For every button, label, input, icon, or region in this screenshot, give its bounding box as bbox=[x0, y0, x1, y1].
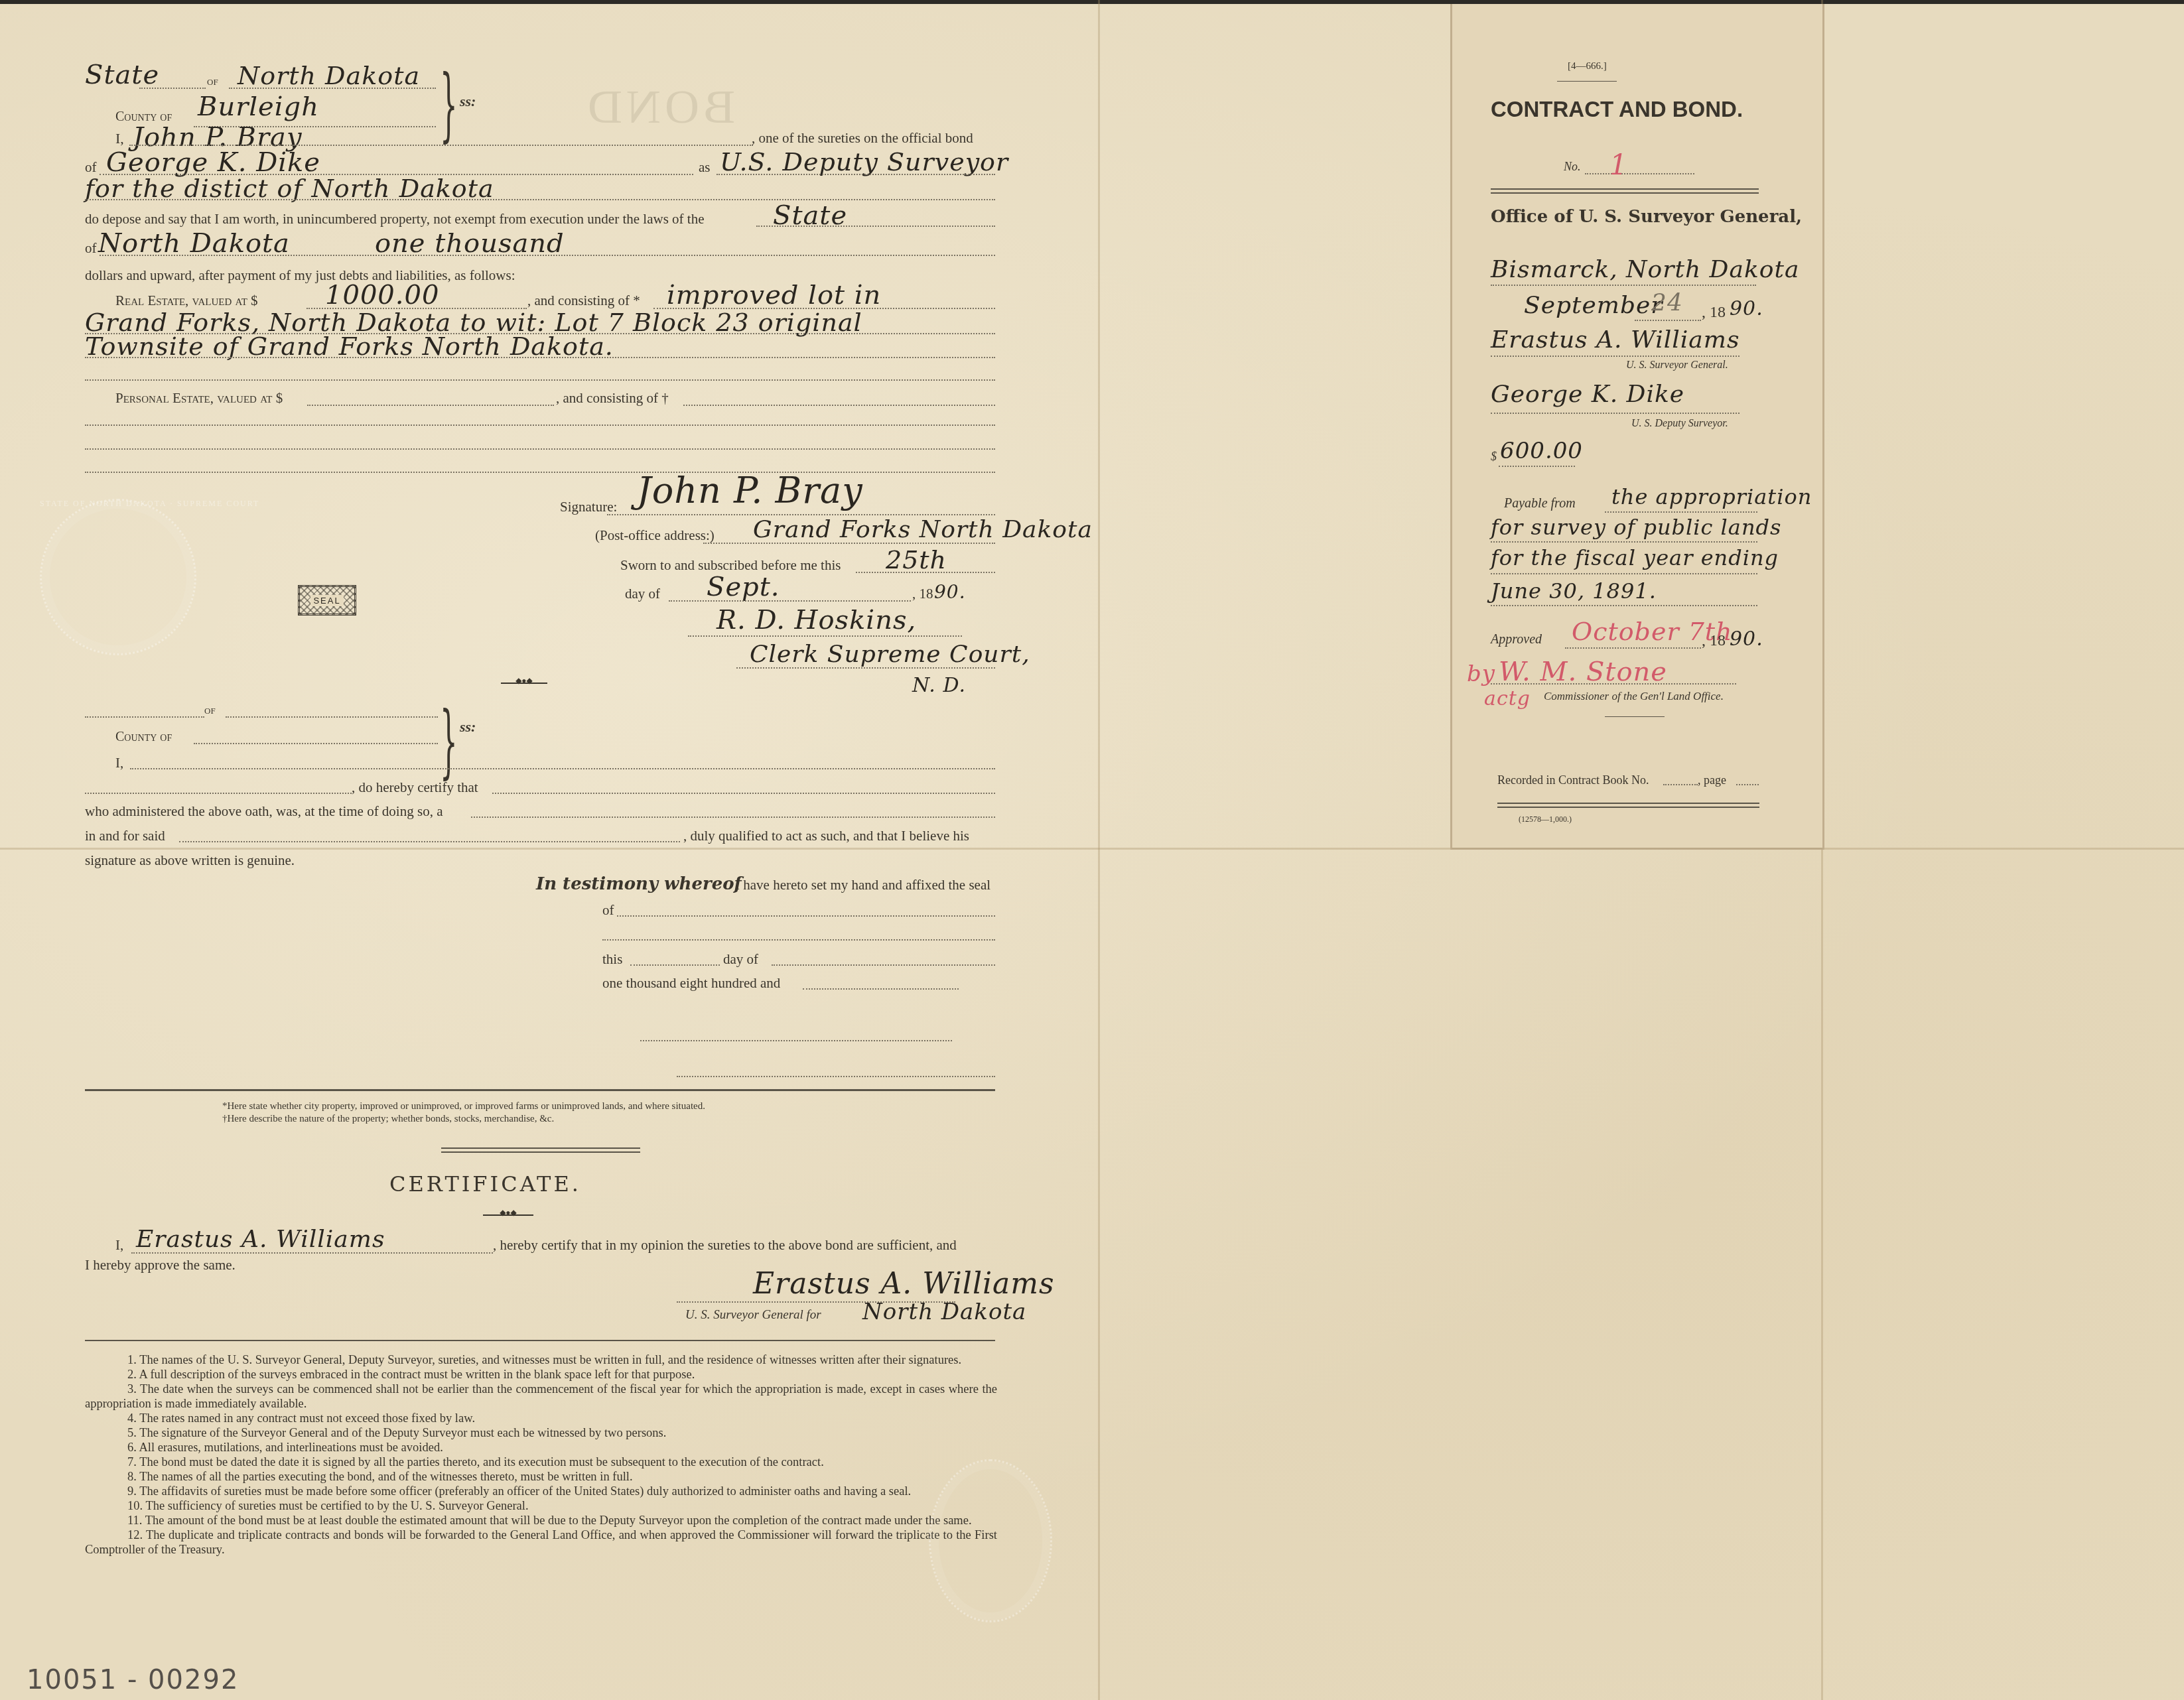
dotted-line bbox=[772, 964, 995, 966]
sworn-month: Sept. bbox=[707, 572, 780, 602]
day-of-label: day of bbox=[723, 951, 758, 968]
dotted-line bbox=[85, 199, 995, 200]
dotted-line bbox=[307, 405, 554, 406]
scan-edge bbox=[0, 0, 2184, 4]
contract-number: 1 bbox=[1609, 149, 1628, 181]
officer-name: R. D. Hoskins, bbox=[717, 605, 916, 635]
fold-line-horizontal bbox=[0, 848, 2184, 850]
state-name: North Dakota bbox=[238, 61, 420, 90]
certificate-title-state: North Dakota bbox=[862, 1299, 1026, 1325]
archive-number: 10051 - 00292 bbox=[27, 1665, 239, 1695]
dotted-line bbox=[669, 600, 911, 602]
payable-label: Payable from bbox=[1504, 496, 1576, 511]
dotted-line bbox=[85, 448, 995, 450]
contract-cover: [4—666.] CONTRACT AND BOND. No. 1 Office… bbox=[1450, 4, 1824, 850]
payable-line-1: the appropriation bbox=[1611, 484, 1812, 509]
instruction-item: 5. The signature of the Surveyor General… bbox=[85, 1426, 997, 1441]
dotted-line bbox=[756, 226, 995, 227]
dotted-line bbox=[1491, 413, 1740, 414]
dotted-line bbox=[1605, 511, 1757, 513]
section-rule bbox=[85, 1089, 995, 1091]
payable-line-3: for the fiscal year ending bbox=[1491, 545, 1779, 570]
embossed-seal-text: STATE OF NORTH DAKOTA · SUPREME COURT bbox=[40, 499, 259, 509]
surveyor-general-signature: Erastus A. Williams bbox=[753, 1267, 1055, 1301]
approved-year-suffix: 90. bbox=[1730, 627, 1763, 651]
dotted-line bbox=[1491, 573, 1757, 574]
surveyor-general-name: Erastus A. Williams bbox=[1491, 326, 1740, 354]
instruction-item: 10. The sufficiency of sureties must be … bbox=[85, 1499, 997, 1514]
cover-date-year-suffix: 90. bbox=[1730, 297, 1763, 320]
cover-title: CONTRACT AND BOND. bbox=[1491, 97, 1743, 122]
i-label: I, bbox=[115, 130, 124, 147]
depose-text: do depose and say that I am worth, in un… bbox=[85, 211, 704, 228]
testimony-text: I have hereto set my hand and affixed th… bbox=[735, 877, 990, 893]
double-rule bbox=[441, 1147, 640, 1153]
dotted-line bbox=[85, 357, 995, 358]
instruction-item: 11. The amount of the bond must be at le… bbox=[85, 1514, 997, 1528]
dotted-line bbox=[1499, 466, 1575, 467]
bleed-through-heading: BOND bbox=[584, 80, 735, 135]
county-name: Burleigh bbox=[198, 92, 319, 122]
officer-title: Clerk Supreme Court, bbox=[750, 641, 1030, 668]
real-estate-desc-1: improved lot in bbox=[667, 280, 881, 310]
dotted-line bbox=[617, 915, 995, 917]
recorded-page-label: , page bbox=[1698, 773, 1726, 787]
genuine-text: signature as above written is genuine. bbox=[85, 852, 295, 869]
this-label: this bbox=[602, 951, 622, 968]
dotted-line bbox=[703, 543, 995, 544]
cover-date-year-prefix: , 18 bbox=[1702, 304, 1726, 322]
as-label: as bbox=[699, 159, 711, 176]
dotted-line bbox=[856, 572, 995, 573]
worth-amount: one thousand bbox=[375, 228, 565, 259]
county-label: County of bbox=[115, 730, 172, 745]
double-rule bbox=[1497, 803, 1759, 808]
certify-text: , do hereby certify that bbox=[352, 779, 478, 796]
real-estate-value: 1000.00 bbox=[325, 280, 439, 310]
footnote-real-estate: *Here state whether city property, impro… bbox=[222, 1101, 705, 1112]
dotted-line bbox=[226, 716, 438, 718]
ornament-divider bbox=[483, 1214, 533, 1216]
i-label: I, bbox=[115, 755, 123, 771]
personal-estate-label: Personal Estate, valued at $ bbox=[115, 390, 283, 407]
dotted-line bbox=[1585, 173, 1694, 174]
section-rule bbox=[85, 1340, 995, 1341]
year-text: one thousand eight hundred and bbox=[602, 975, 780, 992]
certifying-name: Erastus A. Williams bbox=[136, 1226, 385, 1253]
instruction-item: 9. The affidavits of sureties must be ma… bbox=[85, 1484, 997, 1499]
approved-year-prefix: , 18 bbox=[1702, 632, 1726, 650]
embossed-seal bbox=[929, 1459, 1052, 1622]
administered-text: who administered the above oath, was, at… bbox=[85, 803, 443, 820]
certificate-text-2: I hereby approve the same. bbox=[85, 1257, 236, 1274]
payable-line-4: June 30, 1891. bbox=[1491, 578, 1657, 604]
day-of-label: day of bbox=[625, 586, 660, 602]
ornament-divider bbox=[501, 683, 547, 684]
short-rule bbox=[1605, 716, 1665, 717]
dotted-line bbox=[1565, 647, 1701, 649]
in-and-for-text: in and for said bbox=[85, 828, 165, 844]
surety-signature: John P. Bray bbox=[637, 470, 863, 511]
seal-box: SEAL bbox=[298, 585, 356, 616]
surveyor-general-title: U. S. Surveyor General. bbox=[1626, 360, 1728, 371]
signature-line bbox=[677, 1076, 995, 1077]
certificate-heading: CERTIFICATE. bbox=[389, 1171, 581, 1197]
signature-label: Signature: bbox=[560, 499, 617, 515]
dotted-line bbox=[1663, 784, 1698, 785]
bond-amount: 600.00 bbox=[1500, 438, 1583, 464]
certificate-title-label: U. S. Surveyor General for bbox=[685, 1308, 821, 1323]
form-number: [4—666.] bbox=[1568, 61, 1607, 72]
signature-line bbox=[640, 1040, 952, 1041]
post-office-value: Grand Forks North Dakota bbox=[753, 516, 1093, 543]
sworn-year-suffix: 90. bbox=[934, 581, 966, 603]
cover-place: Bismarck, North Dakota bbox=[1491, 256, 1799, 283]
dotted-line bbox=[717, 174, 995, 175]
dotted-line bbox=[1491, 285, 1756, 286]
approved-label: Approved bbox=[1491, 632, 1542, 647]
sworn-year-prefix: , 18 bbox=[912, 586, 933, 602]
certificate-text-1: , hereby certify that in my opinion the … bbox=[493, 1237, 957, 1254]
instruction-item: 7. The bond must be dated the date it is… bbox=[85, 1455, 997, 1470]
dotted-line bbox=[1736, 784, 1759, 785]
dotted-line bbox=[130, 768, 995, 769]
cover-date-day: 24 bbox=[1651, 289, 1683, 316]
sworn-day: 25th bbox=[886, 545, 947, 574]
surety-suffix-text: , one of the sureties on the official bo… bbox=[752, 130, 973, 147]
dotted-line bbox=[607, 514, 995, 515]
real-estate-label: Real Estate, valued at $ bbox=[115, 293, 258, 309]
dotted-line bbox=[229, 88, 436, 89]
fold-line-vertical bbox=[1098, 0, 1100, 1700]
instruction-item: 2. A full description of the surveys emb… bbox=[85, 1368, 997, 1382]
of-label: of bbox=[204, 703, 216, 717]
dotted-line bbox=[85, 793, 352, 794]
dotted-line bbox=[131, 1252, 493, 1254]
dotted-line bbox=[179, 841, 680, 842]
dotted-line bbox=[683, 405, 995, 406]
dotted-line bbox=[1491, 683, 1736, 685]
dotted-line bbox=[1491, 541, 1757, 543]
deputy-title: U. S. Deputy Surveyor. bbox=[1631, 418, 1728, 430]
principal-title: U.S. Deputy Surveyor bbox=[720, 147, 1008, 176]
brace: } bbox=[440, 65, 458, 145]
double-rule bbox=[1491, 188, 1759, 194]
instruction-item: 1. The names of the U. S. Surveyor Gener… bbox=[85, 1353, 997, 1368]
state-prefix: State bbox=[85, 60, 159, 90]
instruction-item: 4. The rates named in any contract must … bbox=[85, 1411, 997, 1426]
commissioner-title: Commissioner of the Gen'l Land Office. bbox=[1544, 690, 1724, 703]
dotted-line bbox=[471, 817, 995, 818]
dotted-line bbox=[492, 793, 995, 794]
instructions-list: 1. The names of the U. S. Surveyor Gener… bbox=[85, 1353, 997, 1557]
document-sheet: BOND State of North Dakota County of Bur… bbox=[0, 0, 2184, 1700]
ss-label: ss: bbox=[460, 93, 476, 110]
amount-prefix: $ bbox=[1491, 450, 1497, 464]
cover-date-month: September bbox=[1524, 292, 1663, 319]
print-code: (12578—1,000.) bbox=[1519, 815, 1572, 824]
dotted-line bbox=[1635, 320, 1701, 321]
ss-label: ss: bbox=[460, 718, 476, 736]
qualified-text: , duly qualified to act as such, and tha… bbox=[683, 828, 969, 844]
short-rule bbox=[1557, 81, 1617, 82]
dotted-line bbox=[803, 988, 959, 990]
post-office-label: (Post-office address:) bbox=[595, 527, 715, 544]
dollars-text: dollars and upward, after payment of my … bbox=[85, 267, 515, 284]
dotted-line bbox=[85, 425, 995, 426]
officer-state: N. D. bbox=[912, 674, 966, 697]
no-label: No. bbox=[1564, 160, 1581, 174]
deputy-name: George K. Dike bbox=[1491, 381, 1684, 408]
dotted-line bbox=[1491, 356, 1740, 357]
instruction-item: 8. The names of all the parties executin… bbox=[85, 1470, 997, 1484]
office-heading: Office of U. S. Surveyor General, bbox=[1491, 207, 1802, 227]
instruction-item: 3. The date when the surveys can be comm… bbox=[85, 1382, 997, 1411]
dotted-line bbox=[736, 667, 995, 669]
dotted-line bbox=[139, 88, 206, 89]
dotted-line bbox=[85, 379, 995, 381]
dotted-line bbox=[688, 635, 962, 637]
testimony-heading: In testimony whereof bbox=[536, 874, 742, 894]
dotted-line bbox=[85, 716, 204, 718]
embossed-seal bbox=[40, 499, 196, 655]
dotted-line bbox=[129, 145, 753, 146]
of2-label: of bbox=[85, 240, 97, 257]
approver-actg: actg bbox=[1484, 687, 1531, 710]
consisting-label: , and consisting of * bbox=[527, 293, 640, 309]
of-line-label: of bbox=[602, 902, 614, 919]
instruction-item: 12. The duplicate and triplicate contrac… bbox=[85, 1528, 997, 1557]
state-of-label: of bbox=[207, 74, 218, 88]
dotted-line bbox=[602, 939, 995, 941]
personal-consisting-label: , and consisting of † bbox=[556, 390, 669, 407]
dotted-line bbox=[194, 743, 438, 744]
footnote-personal-estate: †Here describe the nature of the propert… bbox=[222, 1114, 554, 1125]
dotted-line bbox=[630, 964, 720, 966]
dotted-line bbox=[1491, 605, 1757, 606]
i-label: I, bbox=[115, 1237, 123, 1254]
payable-line-2: for survey of public lands bbox=[1491, 515, 1781, 540]
instruction-item: 6. All erasures, mutilations, and interl… bbox=[85, 1441, 997, 1455]
brace: } bbox=[440, 702, 458, 781]
seal-label: SEAL bbox=[310, 595, 343, 606]
recorded-label: Recorded in Contract Book No. bbox=[1497, 773, 1649, 787]
